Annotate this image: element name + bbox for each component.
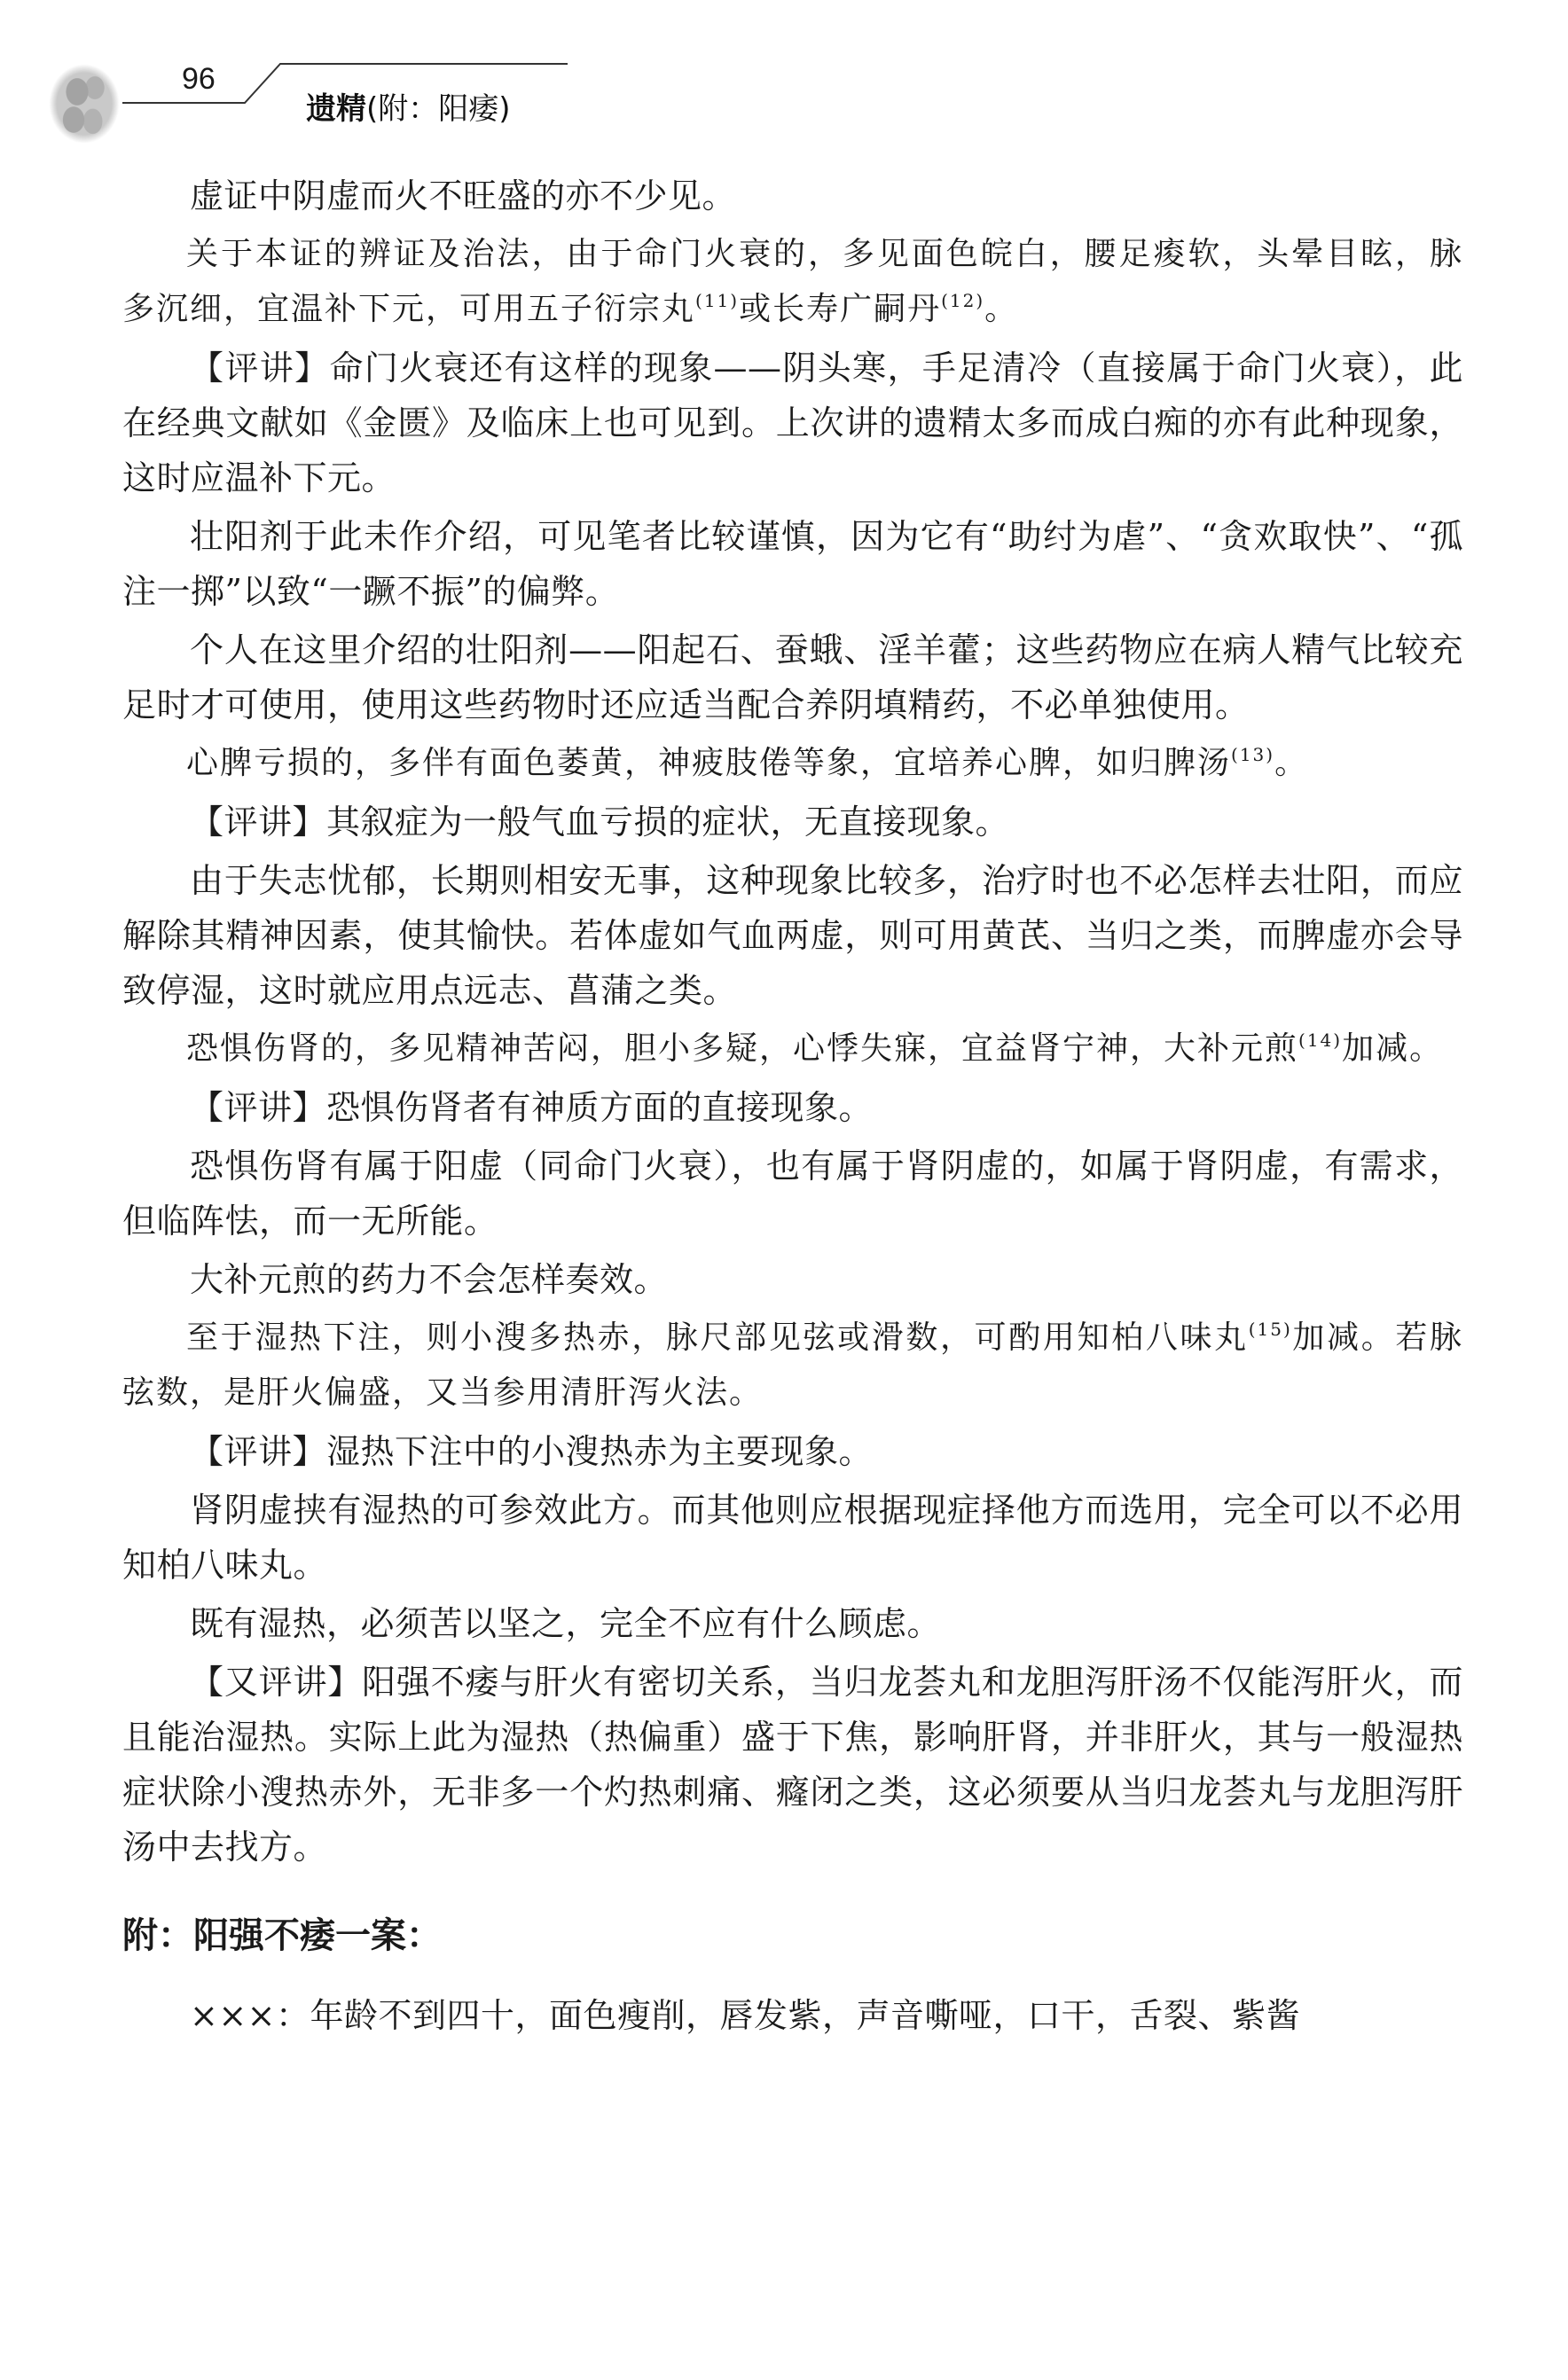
paragraph-text: 肾阴虚挟有湿热的可参效此方。而其他则应根据现症择他方而选用，完全可以不必用知柏八… [122, 1491, 1463, 1585]
paragraph-text: 湿热下注中的小溲热赤为主要现象。 [326, 1432, 873, 1471]
footnote-ref[interactable]: (13) [1231, 744, 1274, 765]
paragraph-commentary: 【评讲】恐惧伤肾者有神质方面的直接现象。 [122, 1080, 1463, 1135]
paragraph-text: 至于湿热下注，则小溲多热赤，脉尺部见弦或滑数，可酌用知柏八味丸 [186, 1319, 1249, 1356]
paragraph-commentary: 【又评讲】阳强不痿与肝火有密切关系，当归龙荟丸和龙胆泻肝汤不仅能泻肝火，而且能治… [122, 1655, 1463, 1875]
appendix-heading: 附：阳强不痿一案： [122, 1908, 1463, 1963]
footnote-ref[interactable]: (15) [1249, 1319, 1292, 1340]
paragraph-body: 恐惧伤肾有属于阳虚（同命门火衰），也有属于肾阴虚的，如属于肾阴虚，有需求，但临阵… [122, 1139, 1463, 1249]
commentary-tag: 【评讲】 [190, 1432, 326, 1471]
commentary-tag: 【评讲】 [190, 348, 329, 388]
running-title-sub: (附：阳痿) [366, 91, 511, 127]
paragraph-body: 壮阳剂于此未作介绍，可见笔者比较谨慎，因为它有“助纣为虐”、“贪欢取快”、“孤注… [122, 509, 1463, 619]
paragraph-text: 加减 [1342, 1030, 1409, 1067]
paragraph-body: 由于失志忧郁，长期则相安无事，这种现象比较多，治疗时也不必怎样去壮阳，而应解除其… [122, 853, 1463, 1018]
paragraph-body: 虚证中阴虚而火不旺盛的亦不少见。 [122, 168, 1463, 223]
paragraph-text: 心脾亏损的，多伴有面色萎黄，神疲肢倦等象，宜培养心脾，如归脾汤 [186, 745, 1231, 781]
paragraph-text: 。 [729, 1374, 763, 1411]
footnote-ref[interactable]: (11) [695, 290, 739, 311]
running-title-main: 遗精 [306, 91, 366, 127]
paragraph-body: 大补元煎的药力不会怎样奏效。 [122, 1252, 1463, 1307]
paragraph-commentary: 【评讲】湿热下注中的小溲热赤为主要现象。 [122, 1424, 1463, 1479]
paragraph-body: 个人在这里介绍的壮阳剂——阳起石、蚕蛾、淫羊藿；这些药物应在病人精气比较充足时才… [122, 622, 1463, 732]
footnote-ref[interactable]: (12) [941, 290, 984, 311]
paragraph-text: 由于失志忧郁，长期则相安无事，这种现象比较多，治疗时也不必怎样去壮阳，而应解除其… [122, 861, 1463, 1010]
paragraph-text: 大补元煎的药力不会怎样奏效。 [190, 1260, 668, 1299]
commentary-tag: 【又评讲】 [190, 1663, 362, 1702]
page-body: 虚证中阴虚而火不旺盛的亦不少见。 关于本证的辨证及治法，由于命门火衰的，多见面色… [122, 168, 1463, 2047]
commentary-tag: 【评讲】 [190, 802, 326, 842]
paragraph-original-text: 心脾亏损的，多伴有面色萎黄，神疲肢倦等象，宜培养心脾，如归脾汤(13)。 [122, 736, 1463, 791]
page-number: 96 [182, 62, 216, 97]
paragraph-commentary: 【评讲】其叙症为一般气血亏损的症状，无直接现象。 [122, 795, 1463, 849]
paragraph-text: 恐惧伤肾有属于阳虚（同命门火衰），也有属于肾阴虚的，如属于肾阴虚，有需求，但临阵… [122, 1147, 1463, 1241]
paragraph-original-text: 至于湿热下注，则小溲多热赤，脉尺部见弦或滑数，可酌用知柏八味丸(15)加减。若脉… [122, 1311, 1463, 1421]
paragraph-original-text: 恐惧伤肾的，多见精神苦闷，胆小多疑，心悸失寐，宜益肾宁神，大补元煎(14)加减。 [122, 1022, 1463, 1076]
paragraph-text: 既有湿热，必须苦以坚之，完全不应有什么顾虑。 [190, 1604, 941, 1643]
paragraph-text: 壮阳剂于此未作介绍，可见笔者比较谨慎，因为它有“助纣为虐”、“贪欢取快”、“孤注… [122, 517, 1463, 611]
paragraph-body: 肾阴虚挟有湿热的可参效此方。而其他则应根据现症择他方而选用，完全可以不必用知柏八… [122, 1483, 1463, 1593]
paragraph-text: 或长寿广嗣丹 [739, 291, 941, 327]
commentary-tag: 【评讲】 [190, 1088, 326, 1127]
page-header: 96 遗精(附：阳痿) [0, 0, 1568, 168]
paragraph-body: 既有湿热，必须苦以坚之，完全不应有什么顾虑。 [122, 1596, 1463, 1651]
paragraph-text: 个人在这里介绍的壮阳剂——阳起石、蚕蛾、淫羊藿；这些药物应在病人精气比较充足时才… [122, 630, 1463, 724]
paragraph-text: 虚证中阴虚而火不旺盛的亦不少见。 [190, 176, 736, 215]
paragraph-text: 恐惧伤肾的，多见精神苦闷，胆小多疑，心悸失寐，宜益肾宁神，大补元煎 [186, 1030, 1298, 1067]
paragraph-text: 。 [984, 291, 1018, 327]
paragraph-text: 。 [1409, 1030, 1443, 1067]
paragraph-text: 恐惧伤肾者有神质方面的直接现象。 [326, 1088, 873, 1127]
paragraph-original-text: 关于本证的辨证及治法，由于命门火衰的，多见面色皖白，腰足痠软，头晕目眩，脉多沉细… [122, 227, 1463, 337]
footnote-ref[interactable]: (14) [1298, 1030, 1342, 1051]
paragraph-commentary: 【评讲】命门火衰还有这样的现象——阴头寒，手足清冷（直接属于命门火衰），此在经典… [122, 341, 1463, 505]
paragraph-text: 。 [1274, 745, 1308, 781]
paragraph-text: 其叙症为一般气血亏损的症状，无直接现象。 [326, 802, 1009, 842]
running-title: 遗精(附：阳痿) [306, 84, 511, 128]
paragraph-text: ×××：年龄不到四十，面色瘦削，唇发紫，声音嘶哑，口干，舌裂、紫酱 [190, 1996, 1300, 2035]
paragraph-case: ×××：年龄不到四十，面色瘦削，唇发紫，声音嘶哑，口干，舌裂、紫酱 [122, 1988, 1463, 2043]
